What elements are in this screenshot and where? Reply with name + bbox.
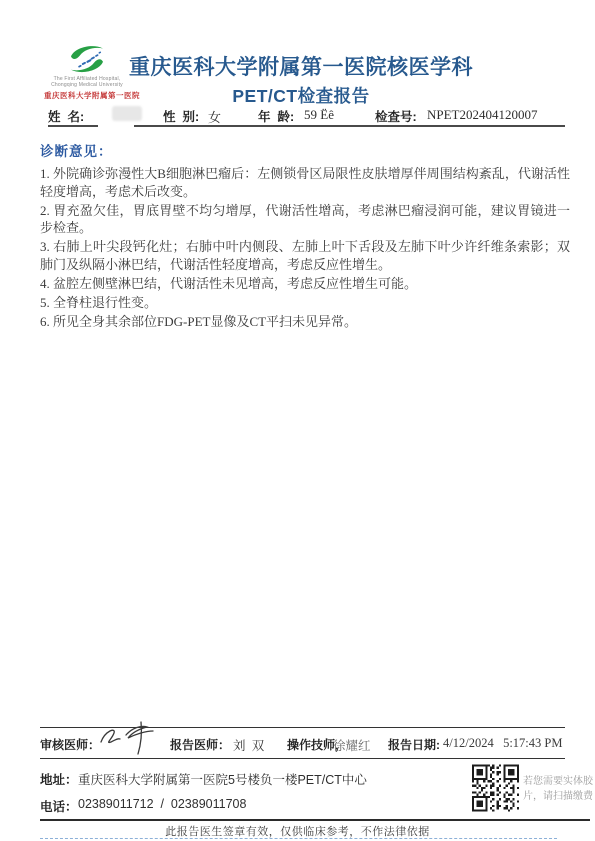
- patient-row-underline-left: [48, 125, 98, 127]
- age-value: 59 Ëê: [304, 107, 334, 123]
- gender-label: 性 别:: [163, 107, 199, 125]
- logo-chinese-name: 重庆医科大学附属第一医院: [44, 90, 130, 101]
- hospital-logo: The First Affiliated Hospital, Chongqing…: [44, 44, 130, 104]
- diagnosis-item: 4. 盆腔左侧壁淋巴结，代谢活性未见增高，考虑反应性增生可能。: [40, 275, 570, 293]
- age-label: 年 龄:: [258, 107, 294, 125]
- patient-row-underline-right: [134, 125, 565, 127]
- diagnosis-section: 诊断意见： 1. 外院确诊弥漫性大B细胞淋巴瘤后：左侧锁骨区局限性皮肤增厚伴周围…: [40, 140, 570, 332]
- phone-value: 02389011712 / 02389011708: [78, 797, 246, 811]
- exam-no-value: NPET202404120007: [427, 107, 538, 123]
- reviewer-label: 审核医师：: [40, 736, 100, 753]
- reviewer-signature: [95, 718, 167, 756]
- report-page: The First Affiliated Hospital, Chongqing…: [0, 0, 595, 841]
- reporter-value: 刘 双: [233, 736, 264, 754]
- report-date-label: 报告日期:: [388, 736, 440, 753]
- hospital-department-title: 重庆医科大学附属第一医院核医学科: [128, 51, 474, 81]
- footer-rule: [40, 819, 590, 821]
- qr-caption-line2: 片，请扫描缴费: [523, 789, 595, 804]
- logo-english-line2: Chongqing Medical University: [44, 82, 130, 88]
- report-type-title: PET/CT检查报告: [128, 83, 474, 108]
- disclaimer-text: 此报告医生签章有效，仅供临床参考，不作法律依据: [0, 823, 595, 839]
- name-redaction: [112, 106, 142, 121]
- qr-code: [472, 764, 519, 812]
- address-label: 地址：: [40, 770, 78, 788]
- reporter-label: 报告医师：: [170, 736, 230, 753]
- phone-label: 电话：: [40, 797, 78, 815]
- diagnosis-item: 1. 外院确诊弥漫性大B细胞淋巴瘤后：左侧锁骨区局限性皮肤增厚伴周围结构紊乱，代…: [40, 165, 570, 200]
- qr-caption: 若您需要实体胶 片，请扫描缴费: [523, 774, 595, 804]
- bottom-cut-line: [40, 838, 557, 839]
- signature-row-bottom-rule: [40, 758, 565, 759]
- gender-value: 女: [208, 107, 221, 126]
- operator-value: 徐耀红: [333, 736, 371, 754]
- report-date-value: 4/12/2024 5:17:43 PM: [443, 736, 562, 751]
- name-label: 姓 名:: [48, 107, 84, 125]
- report-header: 重庆医科大学附属第一医院核医学科 PET/CT检查报告: [128, 51, 474, 108]
- address-value: 重庆医科大学附属第一医院5号楼负一楼PET/CT中心: [78, 770, 367, 788]
- diagnosis-item: 2. 胃充盈欠佳，胃底胃壁不均匀增厚，代谢活性增高，考虑淋巴瘤浸润可能，建议胃镜…: [40, 202, 570, 237]
- hospital-logo-icon: [60, 44, 114, 76]
- qr-caption-line1: 若您需要实体胶: [523, 774, 595, 789]
- diagnosis-item: 6. 所见全身其余部位FDG-PET显像及CT平扫未见异常。: [40, 313, 570, 331]
- diagnosis-item: 3. 右肺上叶尖段钙化灶；右肺中叶内侧段、左肺上叶下舌段及左肺下叶少许纤维条索影…: [40, 238, 570, 273]
- diagnosis-section-label: 诊断意见：: [40, 140, 570, 160]
- exam-no-label: 检查号:: [375, 107, 417, 125]
- diagnosis-item: 5. 全脊柱退行性变。: [40, 294, 570, 312]
